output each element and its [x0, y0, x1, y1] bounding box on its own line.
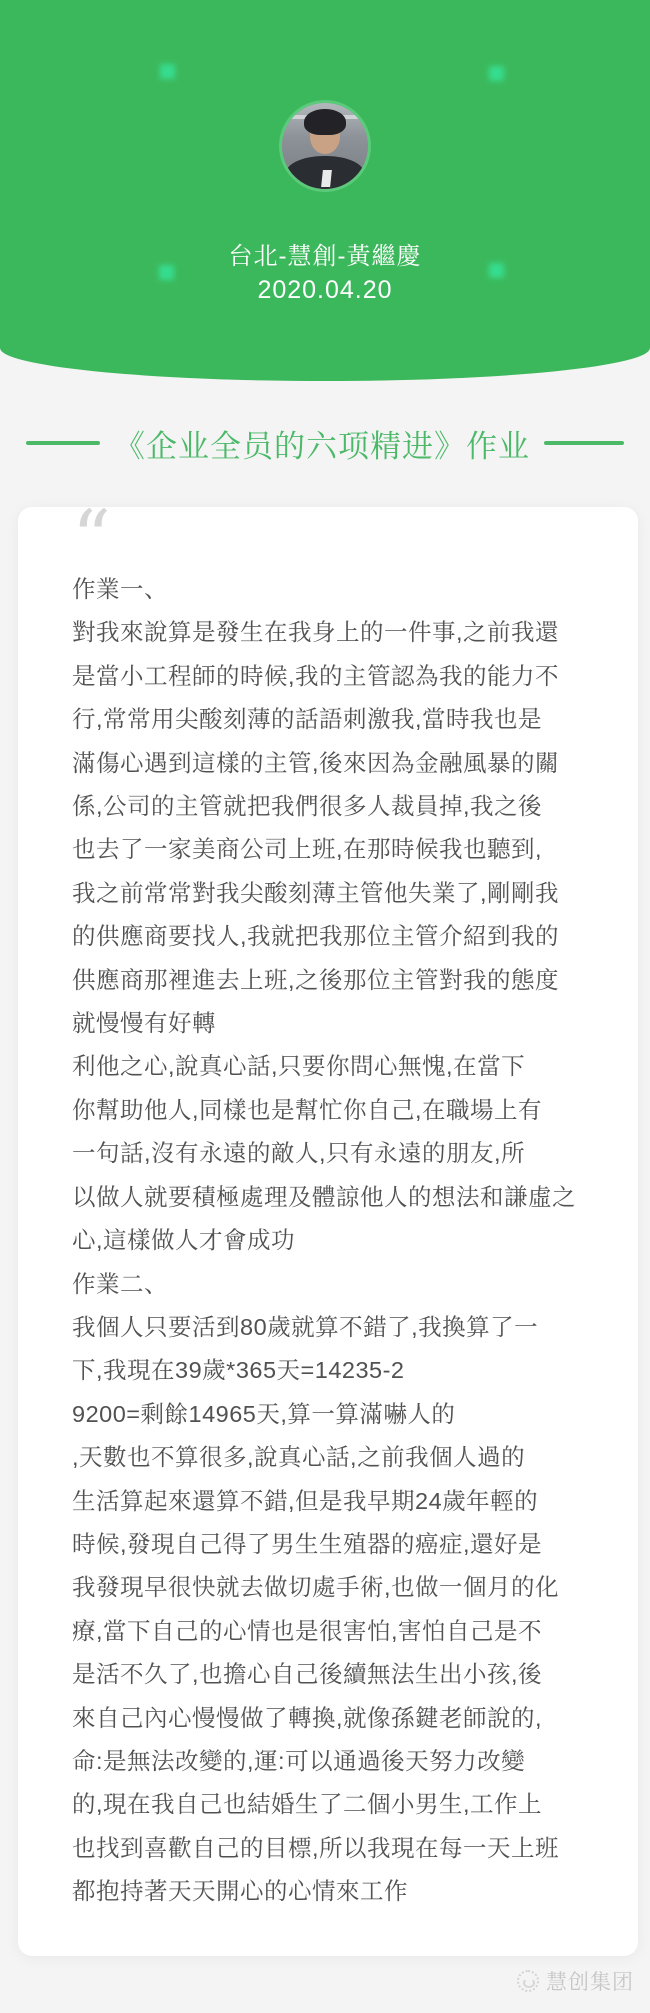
page-title: 《企业全员的六项精进》作业: [114, 421, 530, 466]
brand-name: 慧创集团: [546, 1966, 634, 1996]
author-name: 台北-慧創-黃繼慶: [0, 236, 650, 271]
header-curve: [0, 348, 650, 381]
divider-line-left: [26, 441, 100, 445]
avatar: [282, 103, 368, 189]
avatar-photo-shirt: [321, 170, 331, 187]
article-card: “ 作業一、 對我來說算是發生在我身上的一件事,之前我還 是當小工程師的時候,我…: [18, 507, 638, 1956]
brand-logo-icon: [517, 1970, 539, 1992]
open-quote-icon: “: [72, 507, 610, 553]
header-banner: 台北-慧創-黃繼慶 2020.04.20: [0, 0, 650, 348]
article-body: 作業一、 對我來說算是發生在我身上的一件事,之前我還 是當小工程師的時候,我的主…: [72, 568, 610, 1914]
section-title-row: 《企业全员的六项精进》作业: [0, 423, 650, 463]
divider-line-right: [544, 441, 624, 445]
accent-square-icon: [489, 66, 504, 81]
accent-square-icon: [160, 64, 175, 79]
publish-date: 2020.04.20: [0, 276, 650, 305]
page: { "header": { "name": "台北-慧創-黃繼慶", "date…: [0, 0, 650, 2013]
brand-watermark: 慧创集团: [517, 1966, 634, 1996]
avatar-photo-hair: [304, 109, 345, 135]
